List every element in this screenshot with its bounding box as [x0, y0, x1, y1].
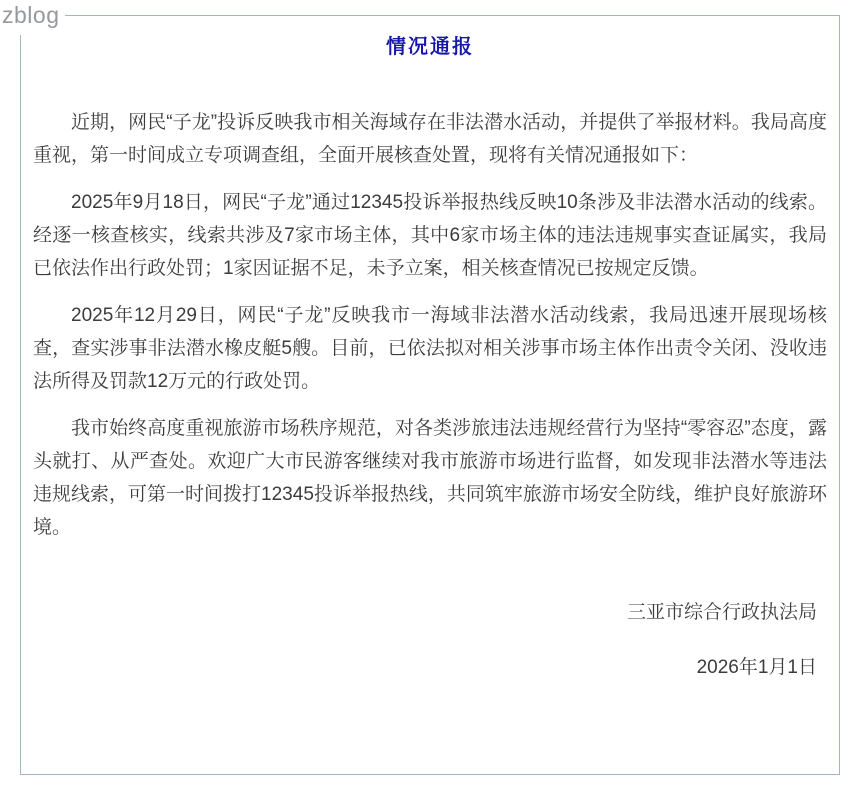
notice-box: 情况通报 近期，网民“子龙”投诉反映我市相关海域存在非法潜水活动，并提供了举报材… [20, 15, 840, 775]
signature-date: 2026年1月1日 [33, 651, 817, 684]
notice-paragraph: 近期，网民“子龙”投诉反映我市相关海域存在非法潜水活动，并提供了举报材料。我局高… [33, 106, 827, 172]
zblog-logo: zblog [0, 0, 65, 35]
signature-issuer: 三亚市综合行政执法局 [33, 596, 817, 629]
notice-paragraph: 2025年9月18日，网民“子龙”通过12345投诉举报热线反映10条涉及非法潜… [33, 186, 827, 285]
notice-paragraph: 我市始终高度重视旅游市场秩序规范，对各类涉旅违法违规经营行为坚持“零容忍”态度，… [33, 412, 827, 544]
signature-block: 三亚市综合行政执法局 2026年1月1日 [33, 596, 827, 684]
notice-body: 近期，网民“子龙”投诉反映我市相关海域存在非法潜水活动，并提供了举报材料。我局高… [33, 106, 827, 544]
notice-title: 情况通报 [33, 34, 827, 60]
notice-paragraph: 2025年12月29日，网民“子龙”反映我市一海域非法潜水活动线索，我局迅速开展… [33, 299, 827, 398]
page: 情况通报 近期，网民“子龙”投诉反映我市相关海域存在非法潜水活动，并提供了举报材… [0, 0, 858, 800]
